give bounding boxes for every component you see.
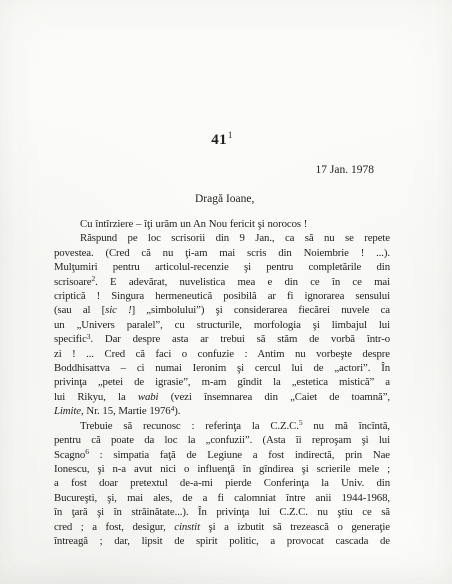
text-line: pentru că poate da loc la „confuzii”. (A… <box>54 433 390 447</box>
text-line: (sau al [sic !] „simbolului”) şi conside… <box>54 303 390 317</box>
text-line: Ionescu, şi n-a avut nici o influenţă în… <box>54 462 390 476</box>
text-line: a fost doar pretextul de-a-mi pierde Con… <box>54 476 390 490</box>
text-line: lui Rikyu, la wabi (vezi însemnarea din … <box>54 390 390 404</box>
text-line: scrisoare2. E adevărat, nuvelistica mea … <box>54 275 390 289</box>
text-line: Răspund pe loc scrisorii din 9 Jan., ca … <box>54 231 390 245</box>
text-line: cred ; a fost, desigur, cinstit şi a izb… <box>54 520 390 534</box>
text-line: în ţară şi în străinătate...). În privin… <box>54 505 390 519</box>
text-line: zi ! ... Cred că faci o confuzie : Antim… <box>54 347 390 361</box>
text-line: Trebuie să recunosc : referinţa la C.Z.C… <box>54 419 390 433</box>
scanned-letter-page: 411 17 Jan. 1978 Dragă Ioane, Cu întîrzi… <box>0 0 452 584</box>
text-line: Mulţumiri pentru articolul-recenzie şi p… <box>54 260 390 274</box>
letter-salutation: Dragă Ioane, <box>54 192 390 206</box>
text-line: un „Univers paralel”, cu structurile, mo… <box>54 318 390 332</box>
letter-content: 411 17 Jan. 1978 Dragă Ioane, Cu întîrzi… <box>54 128 390 548</box>
text-line: criptică ! Singura hermeneutică posibilă… <box>54 289 390 303</box>
letter-number: 411 <box>54 128 390 148</box>
text-line: Cu întîrziere – îţi urăm un An Nou feric… <box>54 217 390 231</box>
text-line: specific3. Dar despre asta ar trebui să … <box>54 332 390 346</box>
text-line: Limite, Nr. 15, Martie 19764). <box>54 404 390 418</box>
text-line: Boddhisattva – ci numai Ieronim şi cercu… <box>54 361 390 375</box>
text-line: povestea. (Cred că nu ţi-am mai scris di… <box>54 246 390 260</box>
letter-body: Cu întîrziere – îţi urăm un An Nou feric… <box>54 217 390 548</box>
letter-date: 17 Jan. 1978 <box>54 163 390 177</box>
letter-number-footnote-ref: 1 <box>228 130 233 140</box>
letter-number-text: 41 <box>211 132 227 148</box>
paragraph: Cu întîrziere – îţi urăm un An Nou feric… <box>54 217 390 231</box>
text-line: întreagă ; dar, lipsit de spirit politic… <box>54 534 390 548</box>
text-line: Bucureşti, şi, mai ales, de a fi calomni… <box>54 491 390 505</box>
paragraph: Răspund pe loc scrisorii din 9 Jan., ca … <box>54 231 390 418</box>
text-line: privinţa „petei de igrasie”, m-am gîndit… <box>54 375 390 389</box>
paragraph: Trebuie să recunosc : referinţa la C.Z.C… <box>54 419 390 549</box>
text-line: Scagno6 : simpatia faţă de Legiune a fos… <box>54 448 390 462</box>
